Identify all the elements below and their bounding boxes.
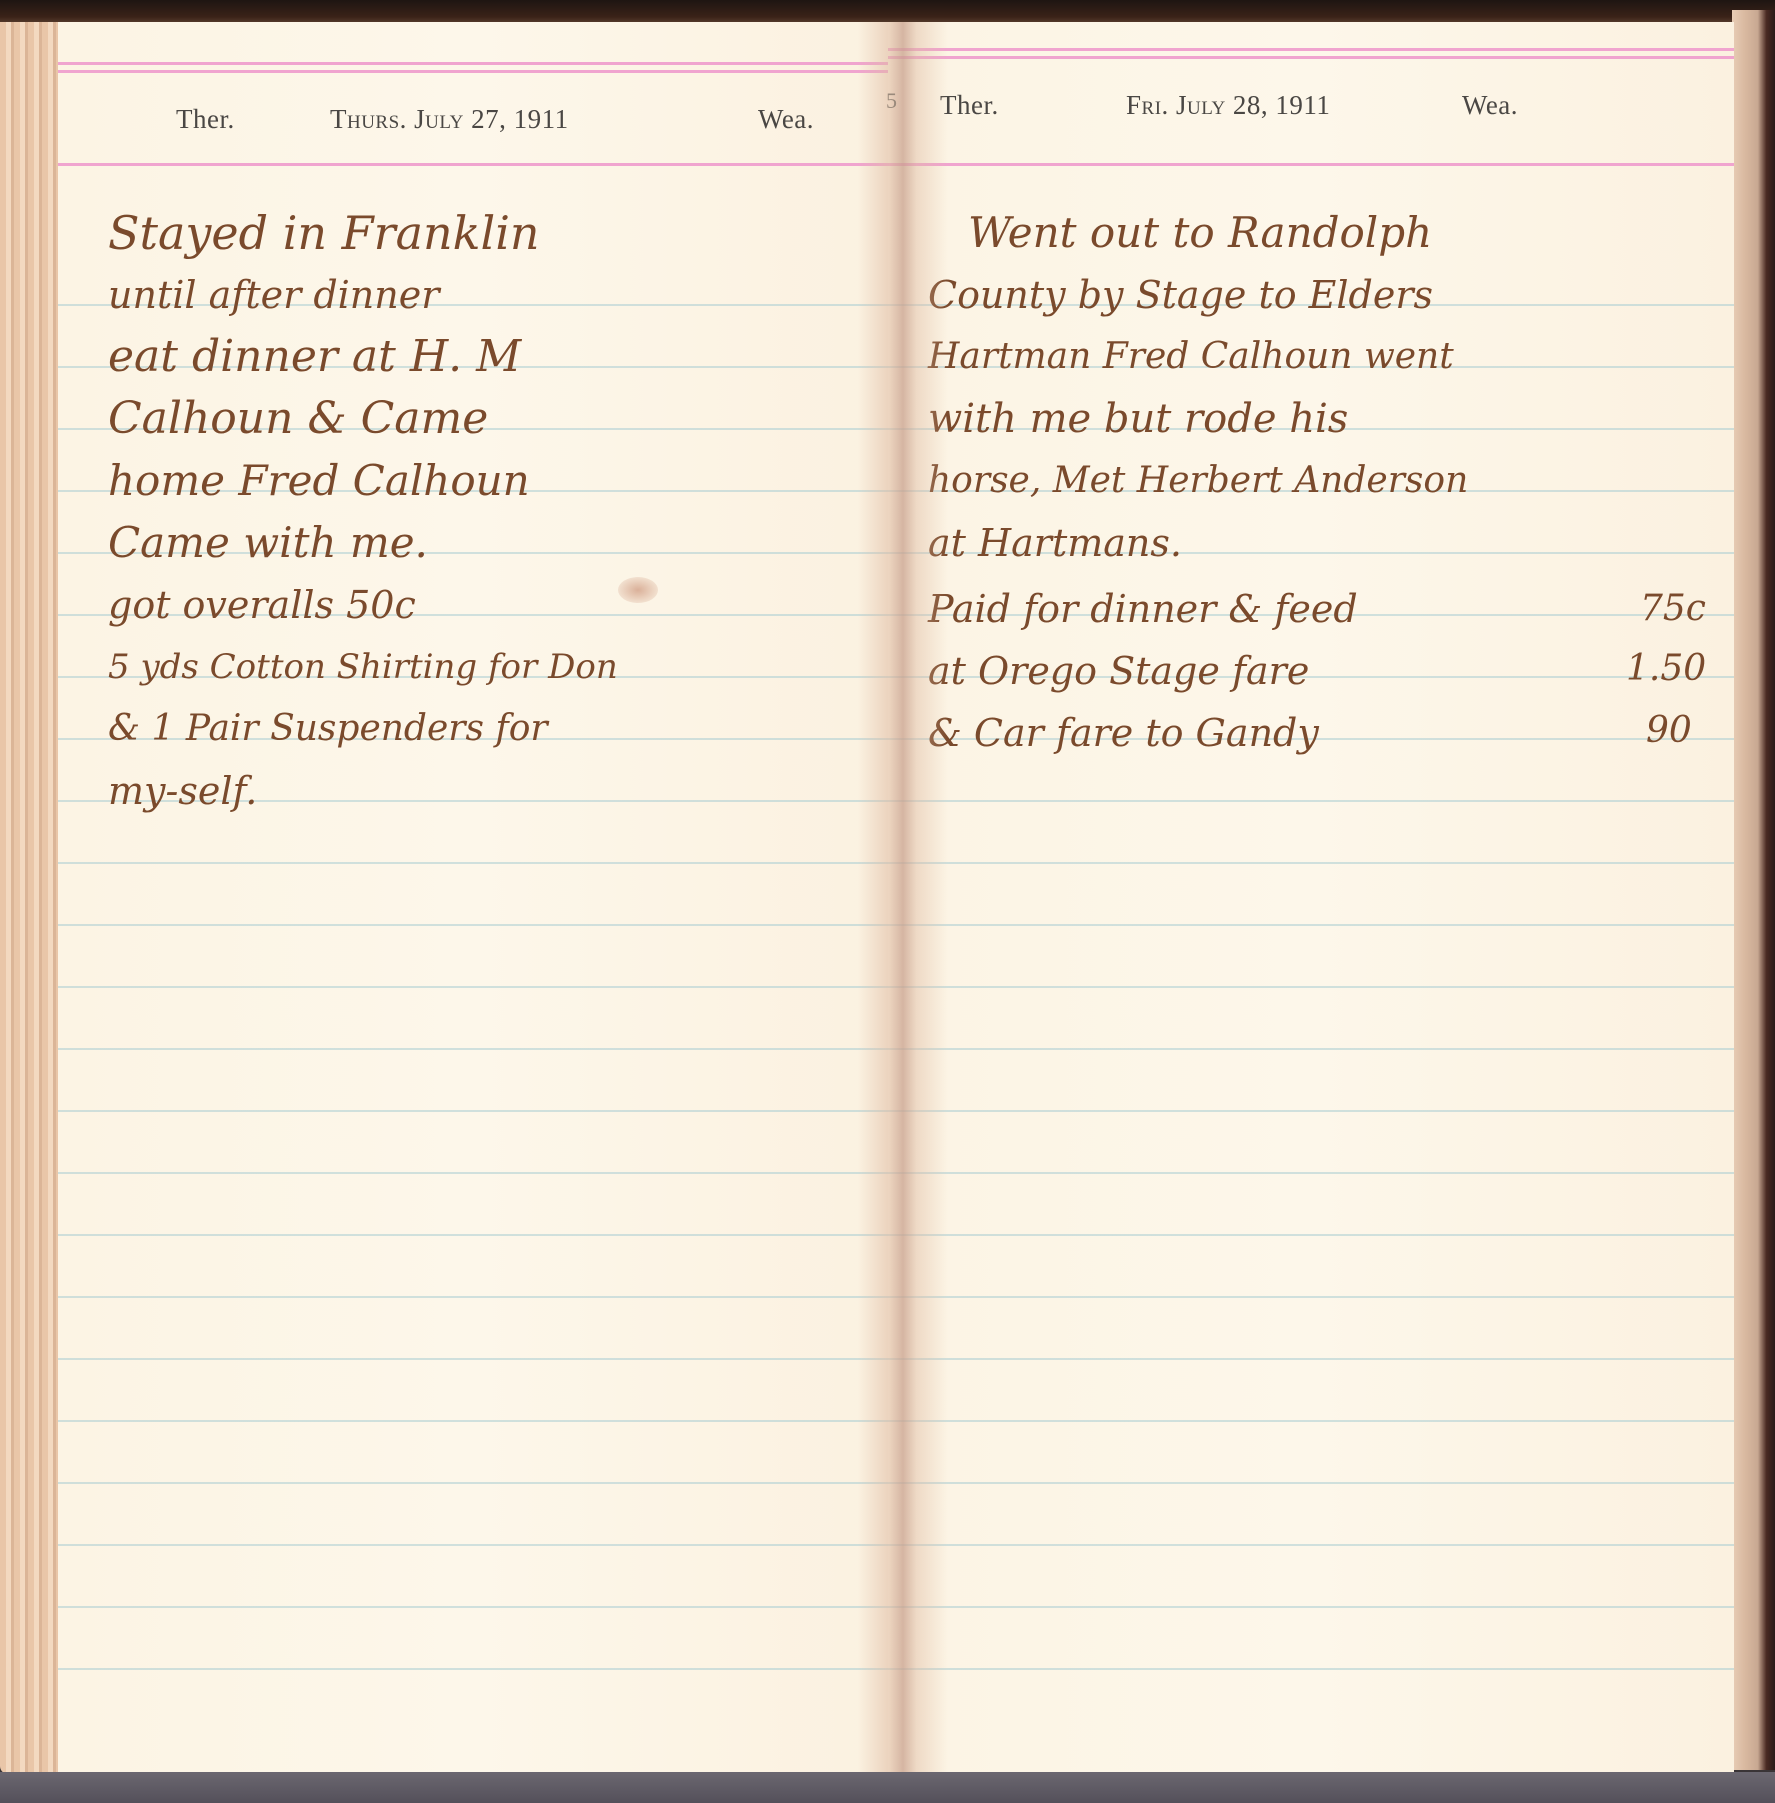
- header-rule-top-2: [888, 56, 1734, 59]
- ink-stain: [618, 577, 658, 603]
- diary-spread: Ther. Thurs. July 27, 1911 Wea. Stayed i…: [58, 22, 1734, 1774]
- entry-line: home Fred Calhoun: [108, 450, 530, 512]
- book-cover-top-edge: [0, 0, 1775, 24]
- gutter-page-number: 5: [886, 88, 897, 114]
- thermometer-label: Ther.: [940, 90, 999, 121]
- background-surface: [0, 1772, 1775, 1803]
- header-rule-bottom: [58, 163, 888, 166]
- weather-label: Wea.: [758, 104, 814, 135]
- entry-line: Stayed in Franklin: [108, 202, 540, 264]
- entry-line: Calhoun & Came: [108, 388, 488, 450]
- header-rule-top: [58, 62, 888, 65]
- left-page: Ther. Thurs. July 27, 1911 Wea. Stayed i…: [58, 22, 888, 1774]
- header-rule-bottom: [888, 163, 1734, 166]
- thermometer-label: Ther.: [176, 104, 235, 135]
- entry-line: County by Stage to Elders: [928, 264, 1433, 326]
- expense-description: & Car fare to Gandy: [928, 702, 1319, 764]
- page-edges-right: [1732, 10, 1775, 1770]
- expense-amount: 75c: [1640, 588, 1706, 629]
- entry-line: until after dinner: [108, 264, 439, 326]
- page-date: Thurs. July 27, 1911: [330, 104, 569, 135]
- entry-line: horse, Met Herbert Anderson: [928, 450, 1468, 512]
- expense-amount: 90: [1646, 710, 1692, 751]
- right-page-header: Ther. Fri. July 28, 1911 Wea.: [888, 90, 1734, 130]
- entry-line: my-self.: [108, 760, 257, 822]
- right-page: Ther. Fri. July 28, 1911 Wea. Went out t…: [888, 22, 1734, 1774]
- entry-line: 5 yds Cotton Shirting for Don: [108, 636, 618, 698]
- left-page-header: Ther. Thurs. July 27, 1911 Wea.: [58, 104, 888, 144]
- entry-line: with me but rode his: [928, 388, 1348, 450]
- expense-description: at Orego Stage fare: [928, 640, 1309, 702]
- expense-amount: 1.50: [1626, 648, 1706, 689]
- entry-line: eat dinner at H. M: [108, 326, 521, 388]
- expense-description: Paid for dinner & feed: [928, 578, 1358, 640]
- entry-line: Hartman Fred Calhoun went: [928, 326, 1454, 388]
- entry-line: got overalls 50c: [108, 574, 416, 636]
- entry-line: Came with me.: [108, 512, 428, 574]
- entry-line: at Hartmans.: [928, 512, 1182, 574]
- page-date: Fri. July 28, 1911: [1126, 90, 1330, 121]
- weather-label: Wea.: [1462, 90, 1518, 121]
- header-rule-top: [888, 48, 1734, 51]
- page-edges-left: [0, 22, 62, 1774]
- header-rule-top-2: [58, 70, 888, 73]
- entry-line: Went out to Randolph: [968, 202, 1432, 264]
- entry-line: & 1 Pair Suspenders for: [108, 698, 548, 760]
